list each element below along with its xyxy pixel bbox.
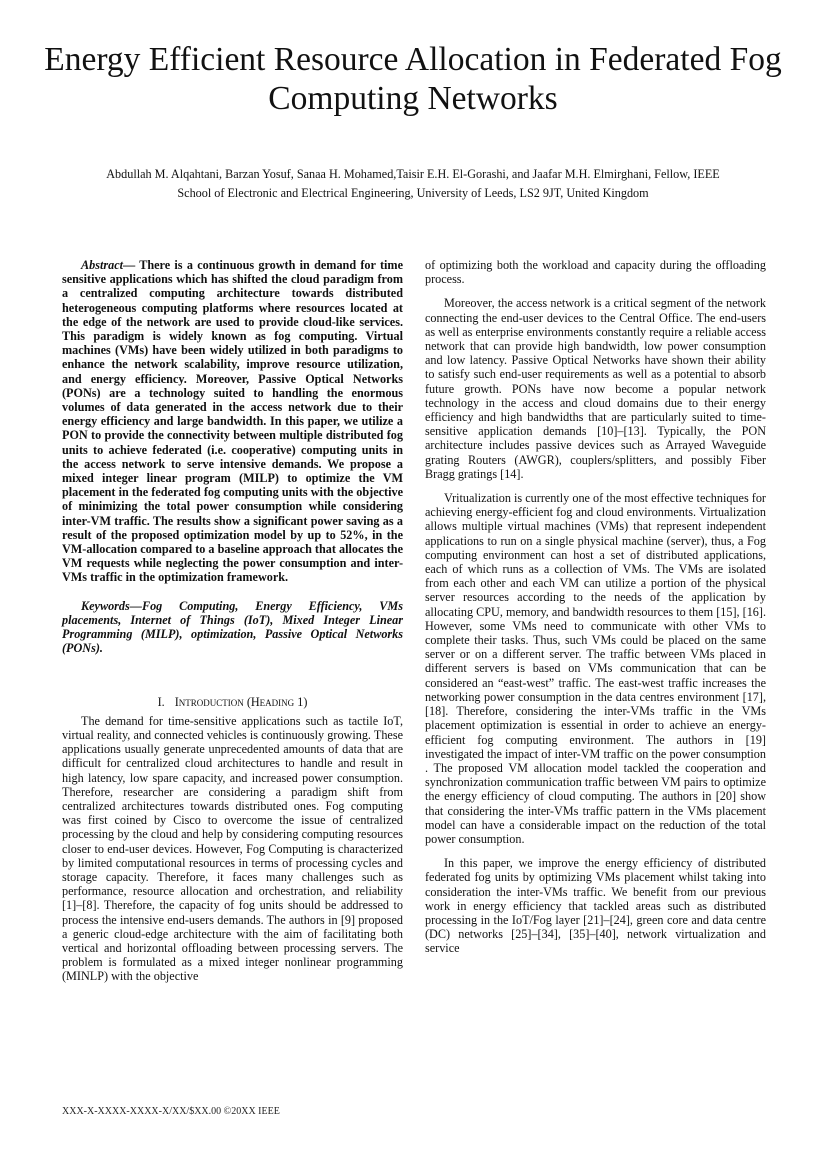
author-block: Abdullah M. Alqahtani, Barzan Yosuf, San…	[40, 165, 786, 203]
body-paragraph-continued: of optimizing both the workload and capa…	[425, 258, 766, 286]
body-paragraph: In this paper, we improve the energy eff…	[425, 856, 766, 955]
paper-title: Energy Efficient Resource Allocation in …	[40, 40, 786, 118]
body-paragraph: Moreover, the access network is a critic…	[425, 296, 766, 481]
section-title: Introduction (Heading 1)	[175, 695, 308, 709]
body-paragraph: The demand for time-sensitive applicatio…	[62, 714, 403, 984]
affiliation: School of Electronic and Electrical Engi…	[40, 184, 786, 203]
abstract-dash: —	[123, 258, 139, 272]
body-paragraph: Vritualization is currently one of the m…	[425, 491, 766, 846]
keywords: Keywords—Fog Computing, Energy Efficienc…	[62, 599, 403, 656]
copyright-footer: XXX-X-XXXX-XXXX-X/XX/$XX.00 ©20XX IEEE	[62, 1106, 280, 1117]
abstract: Abstract— There is a continuous growth i…	[62, 258, 403, 585]
section-heading-introduction: I.Introduction (Heading 1)	[62, 695, 403, 709]
abstract-text: There is a continuous growth in demand f…	[62, 258, 403, 584]
author-list: Abdullah M. Alqahtani, Barzan Yosuf, San…	[40, 165, 786, 184]
abstract-label: Abstract	[81, 258, 123, 272]
left-column: Abstract— There is a continuous growth i…	[62, 258, 403, 984]
right-column: of optimizing both the workload and capa…	[425, 258, 766, 956]
section-number: I.	[158, 695, 165, 709]
